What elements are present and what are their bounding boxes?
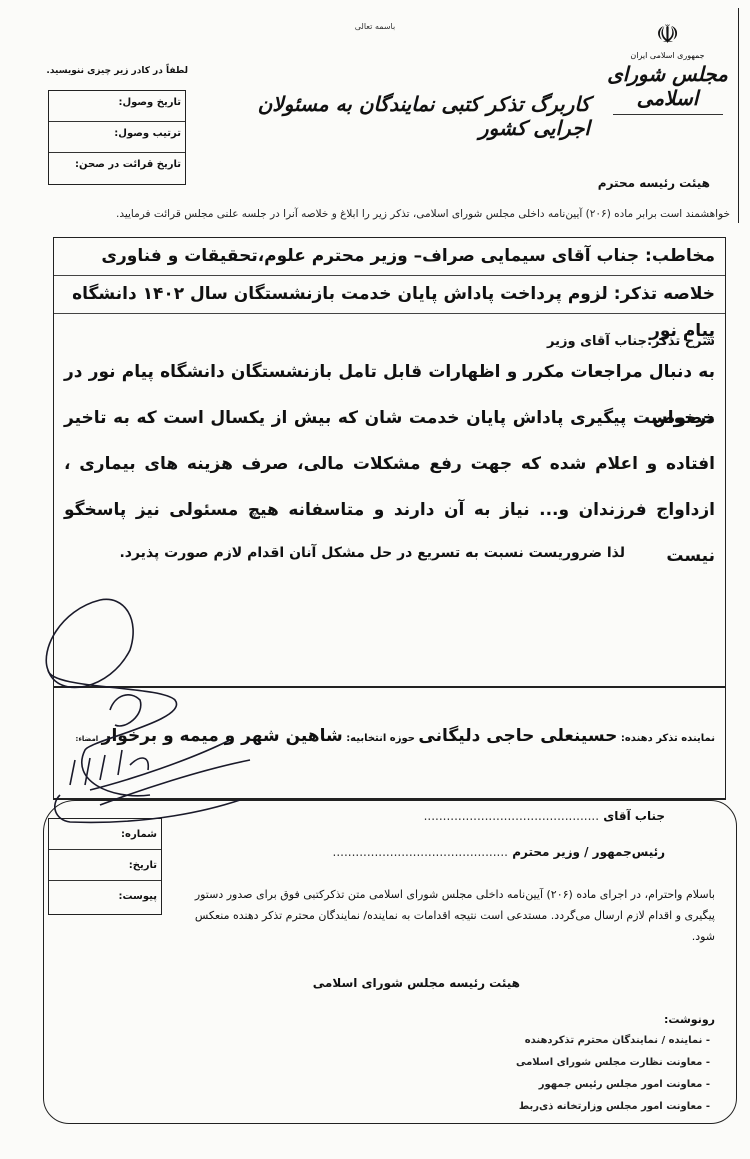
recipient-role: رئیس‌جمهور / وزیر محترم (512, 845, 665, 859)
reference-box: شماره: تاریخ: پیوست: (48, 818, 162, 915)
signature-label: امضاء: (76, 735, 99, 743)
memo-box: مخاطب: جناب آقای سیمایی صراف– وزیر محترم… (53, 237, 726, 688)
memo-body-line: به دنبال مراجعات مکرر و اظهارات قابل تام… (54, 349, 725, 395)
iran-emblem-icon: ☫ (605, 20, 730, 50)
memo-summary: خلاصه تذکر: لزوم پرداخت پاداش پایان خدمت… (54, 276, 725, 314)
representative-label: نماینده تذکر دهنده: (621, 733, 715, 744)
reading-date-field[interactable]: تاریخ قرائت در صحن: (49, 153, 185, 184)
parliament-logo: ☫ جمهوری اسلامی ایران مجلس شورای اسلامی (605, 20, 730, 145)
constituency-name: شاهین شهر و میمه و برخوار (102, 726, 343, 746)
representative-name: حسینعلی حاجی دلیگانی (418, 726, 617, 746)
recipient-blank[interactable]: ........................................… (424, 809, 599, 823)
cc-list: - نماینده / نمایندگان محترم تذکردهنده - … (420, 1030, 710, 1118)
constituency-label: حوزه انتخابیه: (346, 733, 415, 744)
cc-title: رونوشت: (600, 1013, 715, 1026)
logo-name: مجلس شورای اسلامی (605, 62, 730, 110)
memo-body-line: درخواست پیگیری پاداش پایان خدمت شان که ب… (54, 395, 725, 441)
memo-body-conclusion: لذا ضروریست نسبت به تسریع در حل مشکل آنا… (54, 533, 725, 573)
receipt-date-field[interactable]: تاریخ وصول: (49, 91, 185, 122)
memo-description-label: شرح تذکر:جناب آقای وزیر (54, 334, 715, 349)
receipt-box: تاریخ وصول: ترتیب وصول: تاریخ قرائت در ص… (48, 90, 186, 185)
memo-addressee: مخاطب: جناب آقای سیمایی صراف– وزیر محترم… (54, 238, 725, 276)
recipient-line-2: رئیس‌جمهور / وزیر محترم ................… (333, 845, 665, 859)
recipient-line-1: جناب آقای ..............................… (424, 809, 665, 823)
basmala: باسمه تعالی (340, 22, 410, 31)
presidium-signature: هیئت رئیسه مجلس شورای اسلامی (220, 976, 520, 990)
logo-underline (613, 114, 723, 115)
recipient-role-blank[interactable]: ........................................… (333, 845, 508, 859)
memo-body-line: ازداواج فرزندان و... نیاز به آن دارند و … (54, 487, 725, 533)
attachment-field[interactable]: پیوست: (49, 881, 161, 912)
representative-line: نماینده تذکر دهنده: حسینعلی حاجی دلیگانی… (76, 726, 715, 746)
cc-item: - نماینده / نمایندگان محترم تذکردهنده (420, 1030, 710, 1052)
logo-subtitle: جمهوری اسلامی ایران (605, 50, 730, 62)
cc-item: - معاونت امور مجلس وزارتخانه ذی‌ربط (420, 1096, 710, 1118)
dispatch-letter: باسلام واحترام، در اجرای ماده (۲۰۶) آیین… (170, 884, 715, 947)
addressee-presidium: هیئت رئیسه محترم (570, 176, 710, 190)
cc-item: - معاونت نظارت مجلس شورای اسلامی (420, 1052, 710, 1074)
memo-body-line: افتاده و اعلام شده که جهت رفع مشکلات مال… (54, 441, 725, 487)
date-field[interactable]: تاریخ: (49, 850, 161, 881)
receipt-order-field[interactable]: ترتیب وصول: (49, 122, 185, 153)
number-field[interactable]: شماره: (49, 819, 161, 850)
margin-rule (738, 8, 739, 223)
representative-box: نماینده تذکر دهنده: حسینعلی حاجی دلیگانی… (53, 686, 726, 800)
recipient-title: جناب آقای (603, 809, 665, 823)
intro-text: خواهشمند است برابر ماده (۲۰۶) آیین‌نامه … (40, 208, 730, 220)
cc-item: - معاونت امور مجلس رئیس جمهور (420, 1074, 710, 1096)
receipt-instruction: لطفاً در کادر زیر چیزی ننویسید. (40, 66, 188, 76)
form-title: کاربرگ تذکر کتبی نمایندگان به مسئولان اج… (230, 92, 590, 140)
